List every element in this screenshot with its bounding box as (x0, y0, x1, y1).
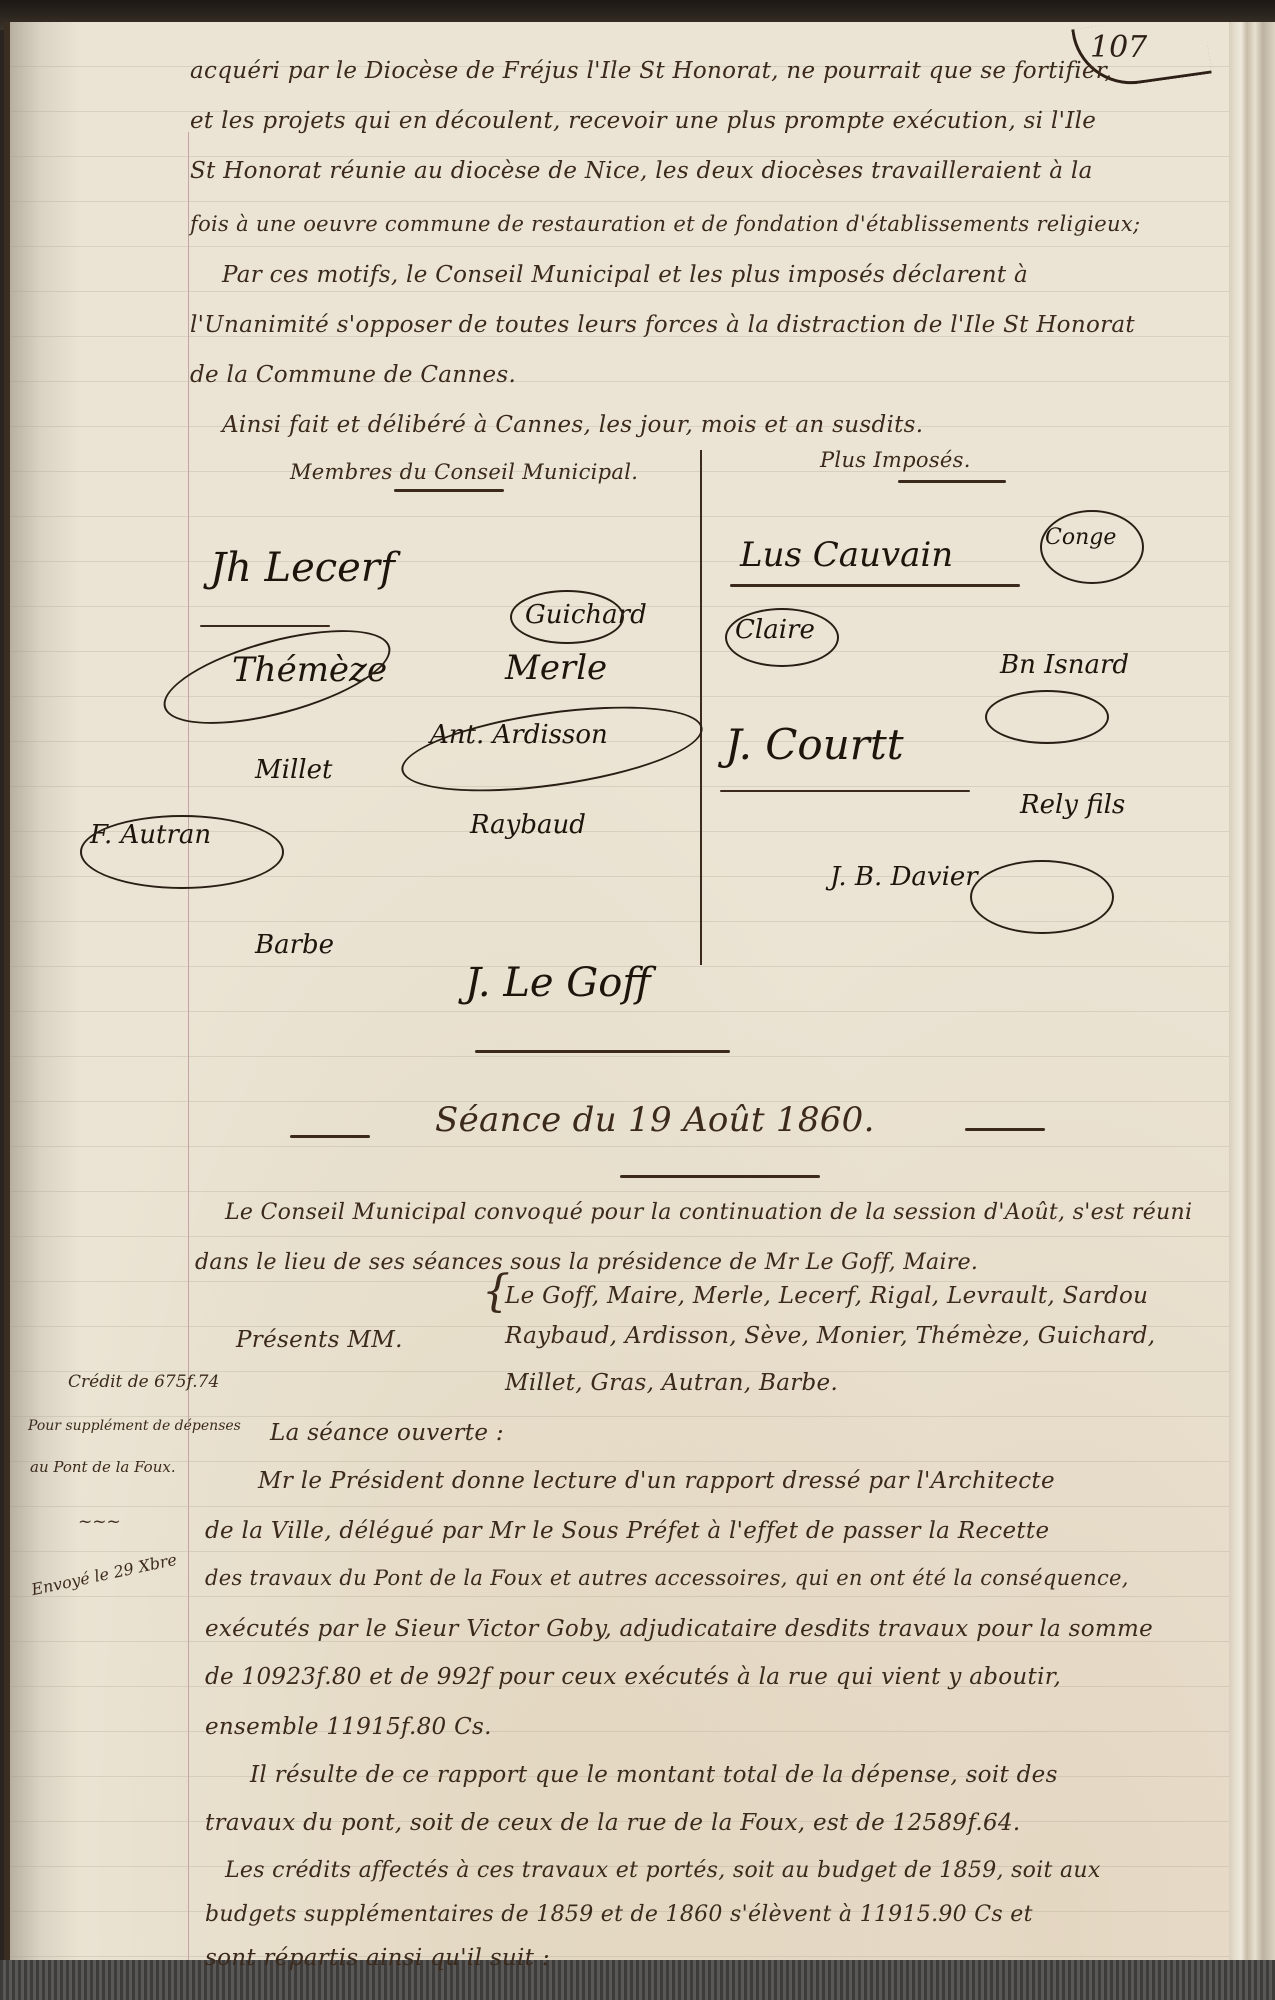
text-line: acquéri par le Diocèse de Fréjus l'Ile S… (190, 58, 1112, 84)
text-line: Mr le Président donne lecture d'un rappo… (258, 1468, 1055, 1494)
margin-rule (188, 132, 189, 1967)
header-underline (394, 489, 504, 492)
page-stack-edge (1229, 22, 1275, 1967)
text-line: ensemble 11915f.80 Cs. (205, 1714, 492, 1740)
text-line: et les projets qui en découlent, recevoi… (190, 108, 1096, 134)
heading-underline (620, 1175, 820, 1178)
text-line: sont répartis ainsi qu'il suit : (205, 1945, 550, 1971)
imposes-header: Plus Imposés. (820, 448, 971, 472)
book-bottom-edge (0, 1960, 1275, 2000)
header-underline (898, 480, 1006, 483)
text-line: Il résulte de ce rapport que le montant … (250, 1762, 1058, 1788)
session-title: Séance du 19 Août 1860. (435, 1100, 875, 1140)
margin-note-line: Pour supplément de dépenses (28, 1418, 241, 1434)
text-line: de 10923f.80 et de 992f pour ceux exécut… (205, 1664, 1061, 1690)
signature-flourish (475, 1050, 730, 1053)
signature-flourish (730, 584, 1020, 587)
presents-label: Présents MM. (236, 1327, 403, 1353)
signature: Jh Lecerf (210, 545, 395, 591)
signature-flourish (1040, 510, 1144, 584)
signature-flourish (970, 860, 1114, 934)
signature: Bn Isnard (1000, 650, 1129, 680)
text-line: dans le lieu de ses séances sous la prés… (195, 1250, 978, 1275)
text-line: Le Conseil Municipal convoqué pour la co… (225, 1200, 1192, 1225)
margin-note-line: ~~~ (78, 1512, 121, 1532)
column-divider (700, 450, 702, 965)
signature-flourish (80, 815, 284, 889)
signature: Millet (255, 755, 332, 785)
signature: Lus Cauvain (740, 535, 953, 575)
signature-flourish (985, 690, 1109, 744)
heading-rule (290, 1135, 370, 1138)
text-line: Ainsi fait et délibéré à Cannes, les jou… (222, 412, 923, 438)
signature-flourish (200, 625, 330, 627)
heading-rule (965, 1128, 1045, 1131)
text-line: La séance ouverte : (270, 1420, 504, 1446)
signature: Barbe (255, 930, 334, 960)
margin-note-line: Crédit de 675f.74 (68, 1372, 219, 1392)
signature-flourish (510, 590, 624, 644)
text-line: des travaux du Pont de la Foux et autres… (205, 1566, 1129, 1590)
signature: Rely fils (1020, 790, 1125, 820)
text-line: de la Ville, délégué par Mr le Sous Préf… (205, 1518, 1049, 1544)
presents-line: Raybaud, Ardisson, Sève, Monier, Thémèze… (505, 1323, 1155, 1349)
members-header: Membres du Conseil Municipal. (290, 460, 638, 484)
text-line: budgets supplémentaires de 1859 et de 18… (205, 1902, 1033, 1927)
text-line: Les crédits affectés à ces travaux et po… (225, 1858, 1101, 1883)
signature: J. B. Davier (830, 862, 978, 892)
text-line: St Honorat réunie au diocèse de Nice, le… (190, 158, 1093, 184)
signature: J. Courtt (725, 720, 904, 769)
text-line: fois à une oeuvre commune de restauratio… (190, 212, 1140, 236)
margin-note-line: au Pont de la Foux. (30, 1458, 176, 1476)
signature: Merle (505, 648, 607, 688)
signature-flourish (725, 608, 839, 667)
text-line: travaux du pont, soit de ceux de la rue … (205, 1810, 1020, 1836)
text-line: Par ces motifs, le Conseil Municipal et … (222, 262, 1028, 288)
presents-line: Millet, Gras, Autran, Barbe. (505, 1370, 838, 1396)
presents-line: Le Goff, Maire, Merle, Lecerf, Rigal, Le… (505, 1283, 1148, 1309)
signature-flourish (720, 790, 970, 792)
signature: J. Le Goff (465, 960, 651, 1006)
text-line: exécutés par le Sieur Victor Goby, adjud… (205, 1616, 1153, 1642)
text-line: l'Unanimité s'opposer de toutes leurs fo… (190, 312, 1135, 338)
text-line: de la Commune de Cannes. (190, 362, 516, 388)
signature: Raybaud (470, 810, 586, 840)
